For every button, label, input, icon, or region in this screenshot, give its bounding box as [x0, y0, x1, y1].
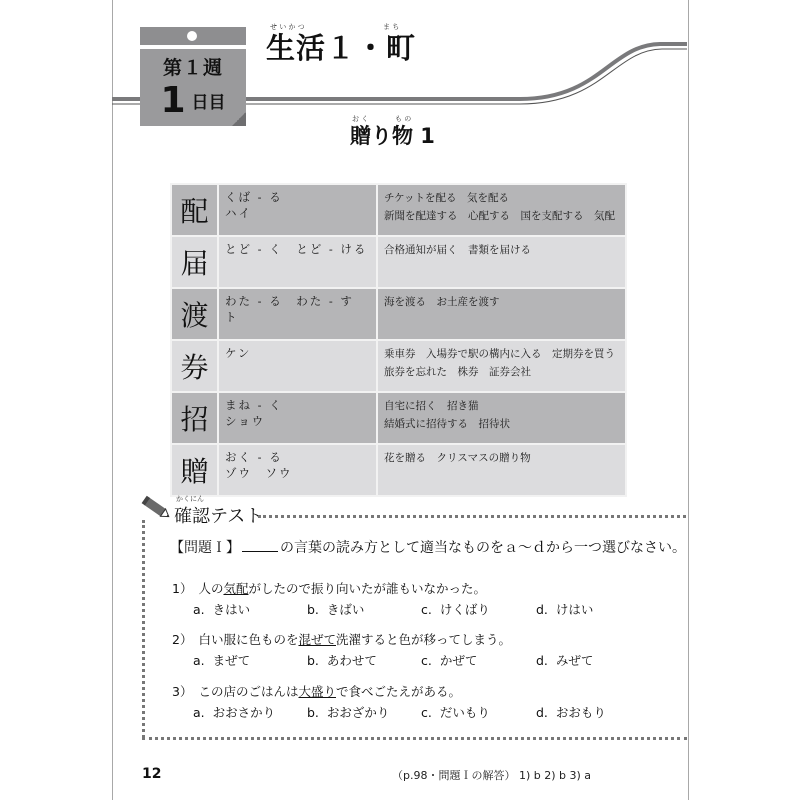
example-line: 合格通知が届く 書類を届ける: [384, 240, 619, 258]
table-row: 招 まね - く ショウ 自宅に招く 招き猫 結婚式に招待する 招待状: [171, 392, 626, 444]
question-text: 人の: [198, 581, 223, 596]
blank-underline: [242, 539, 278, 552]
examples-cell: 合格通知が届く 書類を届ける: [377, 236, 626, 288]
reading: わた - る わた - す: [225, 293, 370, 309]
kanji-table: 配 くば - る ハイ チケットを配る 気を配る 新聞を配達する 心配する 国を…: [170, 183, 627, 497]
readings-cell: わた - る わた - す ト: [218, 288, 377, 340]
option-b[interactable]: b.おおざかり: [307, 703, 389, 721]
question-text: で食べごたえがある。: [336, 684, 461, 699]
table-row: 渡 わた - る わた - す ト 海を渡る お土産を渡す: [171, 288, 626, 340]
example-line: 自宅に招く 招き猫: [384, 396, 619, 414]
kanji-cell: 券: [171, 340, 218, 392]
page-title: 生活１・町: [266, 26, 416, 67]
dotted-border-left: [142, 520, 145, 738]
readings-cell: まね - く ショウ: [218, 392, 377, 444]
question-number: 1）: [172, 581, 192, 596]
example-line: 旅券を忘れた 株券 証券会社: [384, 362, 619, 380]
dotted-border-top: [258, 515, 686, 518]
reading: とど - く とど - ける: [225, 241, 370, 257]
test-instruction: 【問題Ｉ】の言葉の読み方として適当なものをａ～ｄから一つ選びなさい。: [170, 537, 686, 557]
reading: まね - く: [225, 397, 370, 413]
week-label: 第１週: [140, 53, 246, 80]
example-line: 花を贈る クリスマスの贈り物: [384, 448, 619, 466]
option-a[interactable]: a.おおさかり: [193, 703, 275, 721]
option-a[interactable]: a.まぜて: [193, 651, 250, 669]
reading: ゾウ ソウ: [225, 465, 370, 481]
calendar-hole-icon: [187, 31, 197, 41]
readings-cell: ケン: [218, 340, 377, 392]
question-text: 洗濯すると色が移ってしまう。: [336, 632, 511, 647]
kanji-cell: 渡: [171, 288, 218, 340]
readings-cell: おく - る ゾウ ソウ: [218, 444, 377, 496]
examples-cell: 乗車券 入場券で駅の構内に入る 定期券を買う 旅券を忘れた 株券 証券会社: [377, 340, 626, 392]
example-line: チケットを配る 気を配る: [384, 188, 619, 206]
pencil-icon: [140, 494, 174, 524]
kanji-cell: 招: [171, 392, 218, 444]
readings-cell: くば - る ハイ: [218, 184, 377, 236]
option-b[interactable]: b.あわせて: [307, 651, 377, 669]
question-2: 2）白い服に色ものを混ぜて洗濯すると色が移ってしまう。: [172, 630, 511, 648]
kanji-cell: 届: [171, 236, 218, 288]
option-d[interactable]: d.みぜて: [536, 651, 593, 669]
example-line: 海を渡る お土産を渡す: [384, 292, 619, 310]
day-label: 1日目: [140, 80, 246, 121]
previous-answers: （p.98・問題Ｉの解答） 1) b 2) b 3) a: [392, 767, 591, 783]
table-row: 配 くば - る ハイ チケットを配る 気を配る 新聞を配達する 心配する 国を…: [171, 184, 626, 236]
reading: ケン: [225, 345, 370, 361]
reading: ハイ: [225, 205, 370, 221]
question-number: 3）: [172, 684, 192, 699]
reading: くば - る: [225, 189, 370, 205]
instruction-text: の言葉の読み方として適当なものをａ～ｄから一つ選びなさい。: [280, 540, 686, 556]
dotted-border-bottom: [142, 737, 687, 740]
instruction-prefix: 【問題Ｉ】: [170, 540, 240, 556]
underlined-word: 気配: [223, 581, 248, 596]
question-text: この店のごはんは: [198, 684, 298, 699]
option-a[interactable]: a.きはい: [193, 600, 250, 618]
underlined-word: 大盛り: [298, 684, 336, 699]
example-line: 新聞を配達する 心配する 国を支配する 気配: [384, 206, 619, 224]
examples-cell: 花を贈る クリスマスの贈り物: [377, 444, 626, 496]
example-line: 結婚式に招待する 招待状: [384, 414, 619, 432]
test-title: 確認テスト: [174, 502, 263, 528]
examples-cell: チケットを配る 気を配る 新聞を配達する 心配する 国を支配する 気配: [377, 184, 626, 236]
page-number: 12: [142, 766, 161, 782]
question-text: 白い服に色ものを: [198, 632, 298, 647]
option-c[interactable]: c.けくばり: [421, 600, 490, 618]
table-row: 券 ケン 乗車券 入場券で駅の構内に入る 定期券を買う 旅券を忘れた 株券 証券…: [171, 340, 626, 392]
table-row: 届 とど - く とど - ける 合格通知が届く 書類を届ける: [171, 236, 626, 288]
question-1: 1）人の気配がしたので振り向いたが誰もいなかった。: [172, 579, 486, 597]
option-b[interactable]: b.きばい: [307, 600, 364, 618]
question-3: 3）この店のごはんは大盛りで食べごたえがある。: [172, 682, 461, 700]
option-c[interactable]: c.かぜて: [421, 651, 477, 669]
question-number: 2）: [172, 632, 192, 647]
reading: おく - る: [225, 449, 370, 465]
kanji-cell: 配: [171, 184, 218, 236]
underlined-word: 混ぜて: [298, 632, 336, 647]
question-text: がしたので振り向いたが誰もいなかった。: [248, 581, 486, 596]
lesson-subtitle: 贈り物 1: [350, 120, 435, 150]
option-d[interactable]: d.おおもり: [536, 703, 606, 721]
examples-cell: 自宅に招く 招き猫 結婚式に招待する 招待状: [377, 392, 626, 444]
day-suffix: 日目: [192, 93, 226, 113]
reading: ト: [225, 309, 370, 325]
option-d[interactable]: d.けはい: [536, 600, 593, 618]
kanji-cell: 贈: [171, 444, 218, 496]
example-line: 乗車券 入場券で駅の構内に入る 定期券を買う: [384, 344, 619, 362]
option-c[interactable]: c.だいもり: [421, 703, 490, 721]
examples-cell: 海を渡る お土産を渡す: [377, 288, 626, 340]
table-row: 贈 おく - る ゾウ ソウ 花を贈る クリスマスの贈り物: [171, 444, 626, 496]
reading: ショウ: [225, 413, 370, 429]
readings-cell: とど - く とど - ける: [218, 236, 377, 288]
day-number: 1: [160, 80, 185, 121]
